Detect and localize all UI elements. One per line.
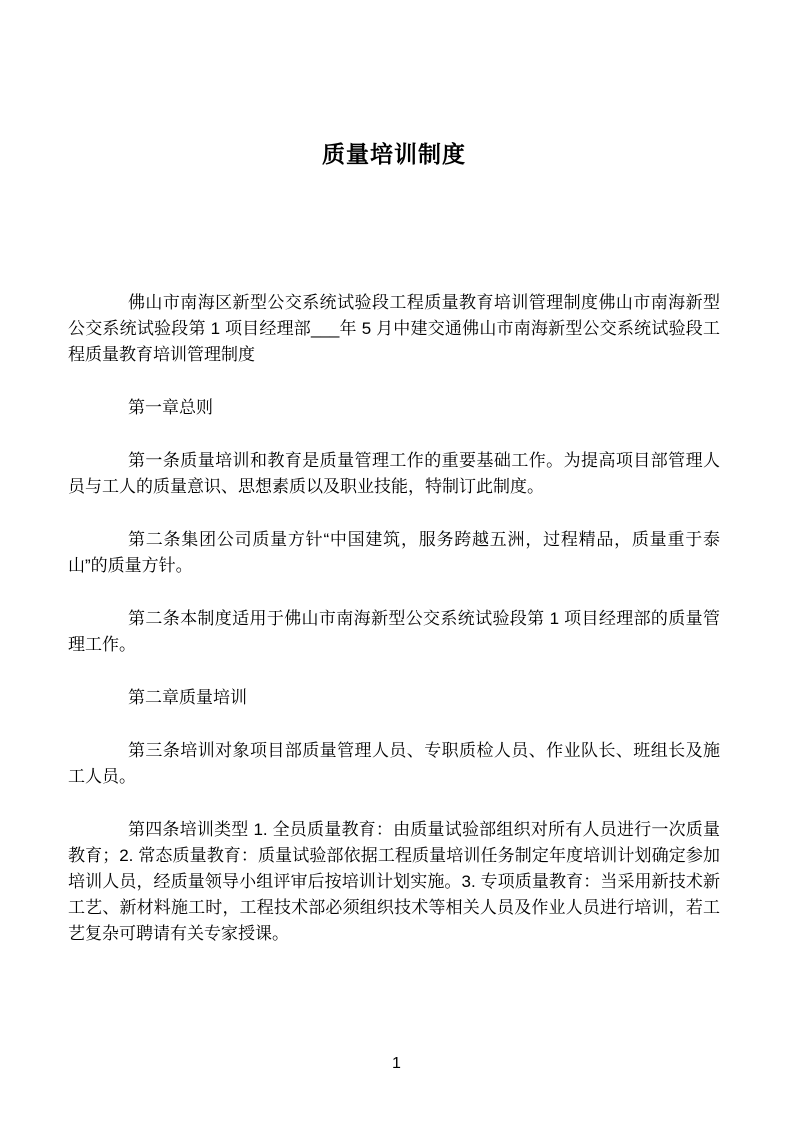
article-2-scope-paragraph: 第二条本制度适用于佛山市南海新型公交系统试验段第 1 项目经理部的质量管理工作。 bbox=[68, 606, 720, 658]
chapter-heading-2: 第二章质量培训 bbox=[68, 685, 720, 711]
document-page: 质量培训制度 佛山市南海区新型公交系统试验段工程质量教育培训管理制度佛山市南海新… bbox=[0, 0, 793, 1122]
article-3-paragraph: 第三条培训对象项目部质量管理人员、专职质检人员、作业队长、班组长及施工人员。 bbox=[68, 738, 720, 790]
article-1-paragraph: 第一条质量培训和教育是质量管理工作的重要基础工作。为提高项目部管理人员与工人的质… bbox=[68, 448, 720, 500]
article-2-policy-paragraph: 第二条集团公司质量方针“中国建筑，服务跨越五洲，过程精品，质量重于泰山”的质量方… bbox=[68, 527, 720, 579]
intro-paragraph: 佛山市南海区新型公交系统试验段工程质量教育培训管理制度佛山市南海新型公交系统试验… bbox=[68, 290, 720, 368]
document-title: 质量培训制度 bbox=[68, 142, 720, 166]
article-4-paragraph: 第四条培训类型 1. 全员质量教育：由质量试验部组织对所有人员进行一次质量教育；… bbox=[68, 817, 720, 947]
chapter-heading-1: 第一章总则 bbox=[68, 395, 720, 421]
page-number: 1 bbox=[0, 1054, 793, 1074]
document-body: 佛山市南海区新型公交系统试验段工程质量教育培训管理制度佛山市南海新型公交系统试验… bbox=[68, 290, 720, 947]
